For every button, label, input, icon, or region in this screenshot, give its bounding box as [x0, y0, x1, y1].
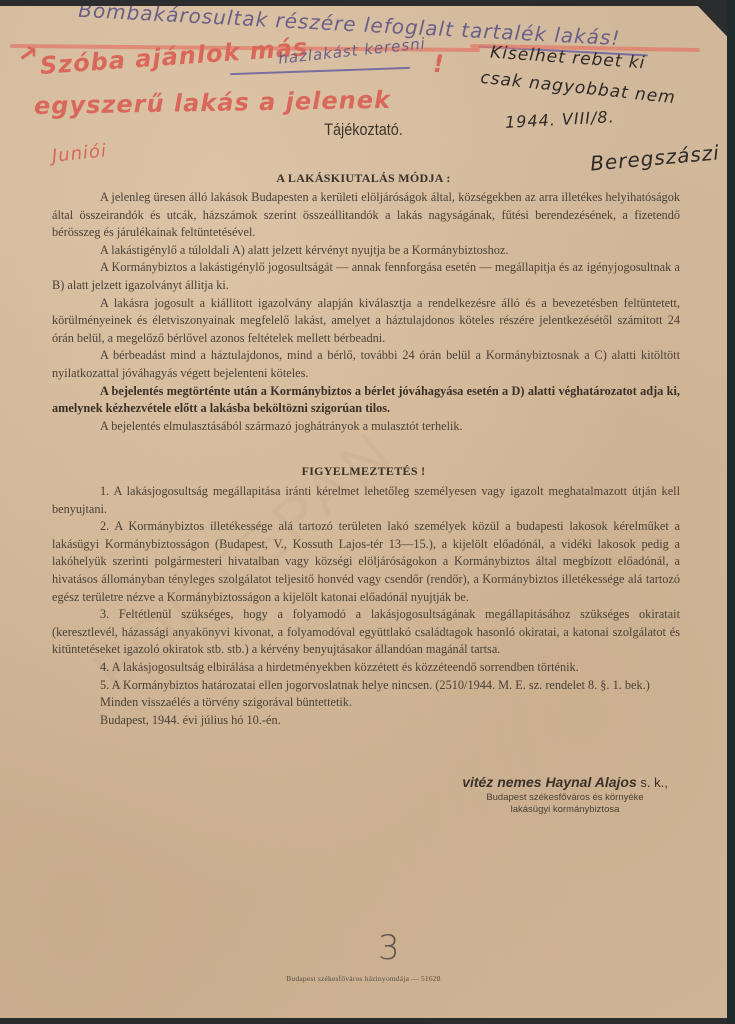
- signatory-suffix: s. k.,: [637, 775, 668, 790]
- warning-item: 2. A Kormánybiztos illetékessége alá tar…: [52, 518, 680, 606]
- purple-strike: [230, 67, 410, 75]
- document-title: Tájékoztató.: [55, 120, 673, 140]
- paragraph: A lakásra jogosult a kiállitott igazolvá…: [52, 295, 680, 348]
- warning-item: 1. A lakásjogosultság megállapitása irán…: [52, 483, 680, 518]
- paragraph: A bérbeadást mind a háztulajdonos, mind …: [52, 347, 680, 382]
- handwritten-red-line-2: egyszerű lakás a jelenek: [34, 86, 391, 120]
- handwritten-red-exclamation: !: [433, 50, 445, 78]
- handwritten-ink-note-2: csak nagyobbat nem: [479, 68, 676, 108]
- document-page: FORTEPAN Bombakárosultak részére lefogla…: [0, 6, 727, 1018]
- section-heading-allocation: A LAKÁSKIUTALÁS MÓDJA :: [0, 171, 727, 186]
- signature-block: vitéz nemes Haynal Alajos s. k., Budapes…: [400, 774, 730, 816]
- date-line: Budapest, 1944. évi július hó 10.-én.: [52, 712, 680, 730]
- signatory-title-1: Budapest székesfőváros és környéke: [400, 792, 730, 804]
- signatory-name: vitéz nemes Haynal Alajos: [462, 774, 637, 790]
- section-warning-body: 1. A lakásjogosultság megállapitása irán…: [52, 483, 680, 729]
- paragraph: A lakástigénylő a túloldali A) alatt jel…: [52, 242, 680, 260]
- paragraph: A jelenleg üresen álló lakások Budapeste…: [52, 189, 680, 242]
- warning-item: 5. A Kormánybiztos határozatai ellen jog…: [52, 677, 680, 695]
- signatory-title-2: lakásügyi kormánybiztosa: [400, 804, 730, 816]
- section-heading-warning: FIGYELMEZTETÉS !: [0, 464, 727, 479]
- handwritten-red-scribble: Juniói: [51, 140, 108, 167]
- section-allocation-body: A jelenleg üresen álló lakások Budapeste…: [52, 189, 680, 435]
- closing-line: Minden visszaélés a törvény szigorával b…: [52, 694, 680, 712]
- paragraph-bold: A bejelentés megtörténte után a Kormányb…: [52, 383, 680, 418]
- scanner-edge: [727, 0, 735, 1024]
- printer-imprint: Budapest székesfőváros házinyomdája — 51…: [0, 974, 727, 983]
- warning-item: 3. Feltétlenül szükséges, hogy a folyamo…: [52, 606, 680, 659]
- paragraph: A Kormánybiztos a lakástigénylő jogosult…: [52, 259, 680, 294]
- paragraph: A bejelentés elmulasztásából származó jo…: [52, 418, 680, 436]
- handwritten-page-number: 3: [378, 928, 400, 968]
- warning-item: 4. A lakásjogosultság elbirálása a hirde…: [52, 659, 680, 677]
